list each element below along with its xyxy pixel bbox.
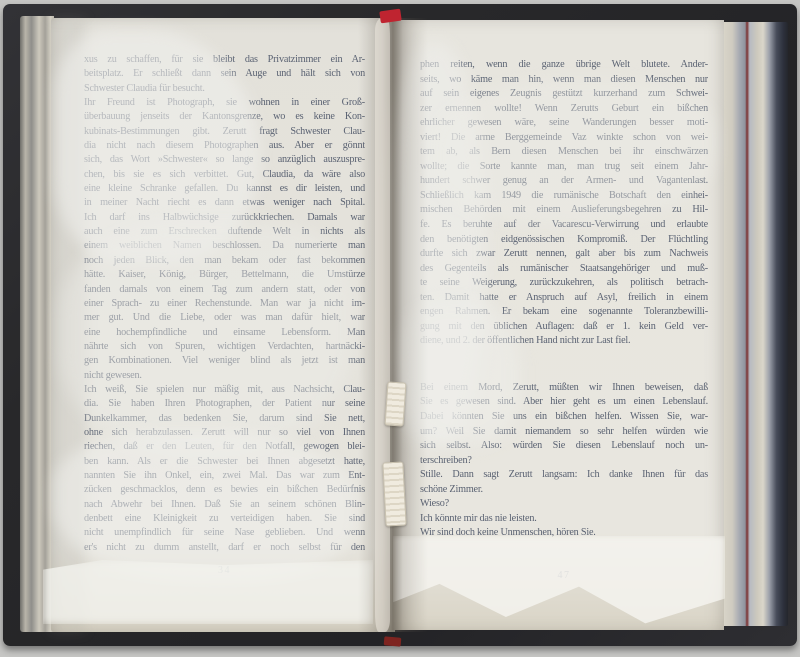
text-line: hundert schwer genug an der Armen- und V… — [420, 174, 708, 189]
right-page-text: phen reiten, wenn die ganze übrige Welt … — [420, 58, 708, 541]
text-line: er's nicht zu dumm anstellt, darf er noc… — [84, 541, 365, 555]
text-line: Dabei könnten Sie uns ein bißchen helfen… — [420, 410, 708, 425]
text-line: nicht gewesen. — [84, 369, 365, 383]
text-line: Sie es gewesen sind. Aber hier geht es u… — [420, 395, 708, 410]
text-line: seits, wo käme man hin, wenn man diesen … — [420, 73, 708, 88]
text-line: terschreiben? — [420, 454, 708, 469]
binding-thread — [382, 461, 406, 526]
text-line: dia. Sie haben Ihren Photographen, der P… — [84, 397, 365, 411]
right-page-number: 47 — [420, 570, 708, 581]
text-line: chen, bis sie es sich verbittet. Gut, Cl… — [84, 168, 365, 182]
left-page-text: xus zu schaffen, für sie bleibt das Priv… — [84, 53, 365, 555]
binding-thread — [384, 381, 406, 426]
text-line: Dunkelkammer, das bedenken Sie, darum si… — [84, 412, 365, 426]
text-line: Ich weiß, Sie spielen nur mäßig mit, aus… — [84, 383, 365, 397]
text-line: auf sein eigenes Zeugnis gestützt kurzer… — [420, 87, 708, 102]
text-line: nach Abwehr bei Ihnen. Daß Sie an seinem… — [84, 498, 365, 512]
text-line: nannten Sie ihn Onkel, ein, zwei Mal. Da… — [84, 469, 365, 483]
text-line: zer ernennen wollte! Wenn Zerutts Geburt… — [420, 102, 708, 117]
text-line: beitsplatz. Er schließt dann sein Auge u… — [84, 67, 365, 81]
text-line: noch jeden Blick, den man bekam oder fas… — [84, 254, 365, 268]
text-line: engen Rahmen. Er bekam eine sogenannte T… — [420, 305, 708, 320]
text-line: Ihr Freund ist Photograph, sie wohnen in… — [84, 96, 365, 110]
text-line: riechen, daß er den Leuten, für den Notf… — [84, 440, 365, 454]
text-line: Schließlich kam 1949 die rumänische Bots… — [420, 189, 708, 204]
text-line: einem weiblichen Namen beschlossen. Da n… — [84, 239, 365, 253]
left-page-stack-edge — [20, 16, 54, 632]
text-line: ehrlicher gewesen wäre, seine Wanderunge… — [420, 116, 708, 131]
text-line: ten. Damit hatte er Anspruch auf Asyl, f… — [420, 291, 708, 306]
text-line: mischen Behörden mit einem Auslieferungs… — [420, 203, 708, 218]
right-fore-edge-page-stack — [724, 22, 788, 626]
text-line: des Gegenteils als rumänischer Staatsang… — [420, 262, 708, 277]
text-line: ohne sich herabzulassen. Zerutt will nur… — [84, 426, 365, 440]
text-line: phen reiten, wenn die ganze übrige Welt … — [420, 58, 708, 73]
text-line: Ich darf ins Halbwüchsige zurückkriechen… — [84, 211, 365, 225]
text-line: überbauung jenseits der Kantonsgrenze, w… — [84, 110, 365, 124]
text-line: fe. Es beruhte auf der Vacarescu-Verwirr… — [420, 218, 708, 233]
text-line: diene, und 2. der öffentlichen Hand nich… — [420, 334, 708, 349]
red-spine-mark — [384, 636, 402, 646]
text-line: tem ab, als Bern diesen Menschen bei ihr… — [420, 145, 708, 160]
text-line: sich selbst. Also: würden Sie diesen Leb… — [420, 439, 708, 454]
text-line: Wieso? — [420, 497, 708, 512]
text-line: eine hochempfindliche und einsame Lebens… — [84, 326, 365, 340]
text-line: ben kann. Als er die Schwester bei Ihnen… — [84, 455, 365, 469]
text-line: viert! Die arme Berggemeinde Vaz winkte … — [420, 131, 708, 146]
book-cover: xus zu schaffen, für sie bleibt das Priv… — [3, 4, 797, 646]
text-line: Schwester Claudia für besucht. — [84, 82, 365, 96]
text-line: xus zu schaffen, für sie bleibt das Priv… — [84, 53, 365, 67]
text-line: Stille. Dann sagt Zerutt langsam: Ich da… — [420, 468, 708, 483]
text-line: um? Weil Sie damit niemandem so sehr hel… — [420, 425, 708, 440]
left-page-number: 34 — [84, 565, 365, 576]
photo-background: xus zu schaffen, für sie bleibt das Priv… — [0, 0, 800, 657]
text-line: nicht unempfindlich für seine Nase gebli… — [84, 526, 365, 540]
text-line: denbett eine Kleinigkeit zu verteidigen … — [84, 512, 365, 526]
text-line: nährte sich von Spuren, wichtigen Verdac… — [84, 340, 365, 354]
text-line: fanden damals von einem Tag zum andern s… — [84, 283, 365, 297]
text-line: Bei einem Mord, Zerutt, müßten wir Ihnen… — [420, 381, 708, 396]
text-line: mer gut. Und die Liebe, oder was man daf… — [84, 311, 365, 325]
text-line: kubinats-Bestimmungen gibt. Zerutt fragt… — [84, 125, 365, 139]
text-line: gung mit den üblichen Auflagen: daß er 1… — [420, 320, 708, 335]
text-line: te seine Weigerung, zurückzukehren, als … — [420, 276, 708, 291]
text-line: hätte. Kaiser, König, Bürger, Bettelmann… — [84, 268, 365, 282]
text-line: Ich könnte mir das nie leisten. — [420, 512, 708, 527]
text-line: eine kleine Schranke gefallen. Du kannst… — [84, 182, 365, 196]
text-line: den benötigten eidgenössischen Kompromiß… — [420, 233, 708, 248]
text-line: gen Kombinationen. Viel weniger blind al… — [84, 354, 365, 368]
text-line: dia nicht nach diesem Photographen aus. … — [84, 139, 365, 153]
text-line: durfte sich zwar Zerutt nennen, galt abe… — [420, 247, 708, 262]
text-line: wollte; die Sorte kannte man, man trug s… — [420, 160, 708, 175]
text-line: in meiner Nacht riecht es dann etwas wen… — [84, 196, 365, 210]
text-line: Wir sind doch keine Unmenschen, hören Si… — [420, 526, 708, 541]
text-line: auch eine zum Erschrecken duftende Welt … — [84, 225, 365, 239]
text-line: einer Sprach- zu einer Rechenstunde. Man… — [84, 297, 365, 311]
text-line: zücken geschmacklos, denn es bewies ein … — [84, 483, 365, 497]
text-line: schöne Zimmer. — [420, 483, 708, 498]
text-line: sich, das Wort »Schwester« so lange so a… — [84, 153, 365, 167]
